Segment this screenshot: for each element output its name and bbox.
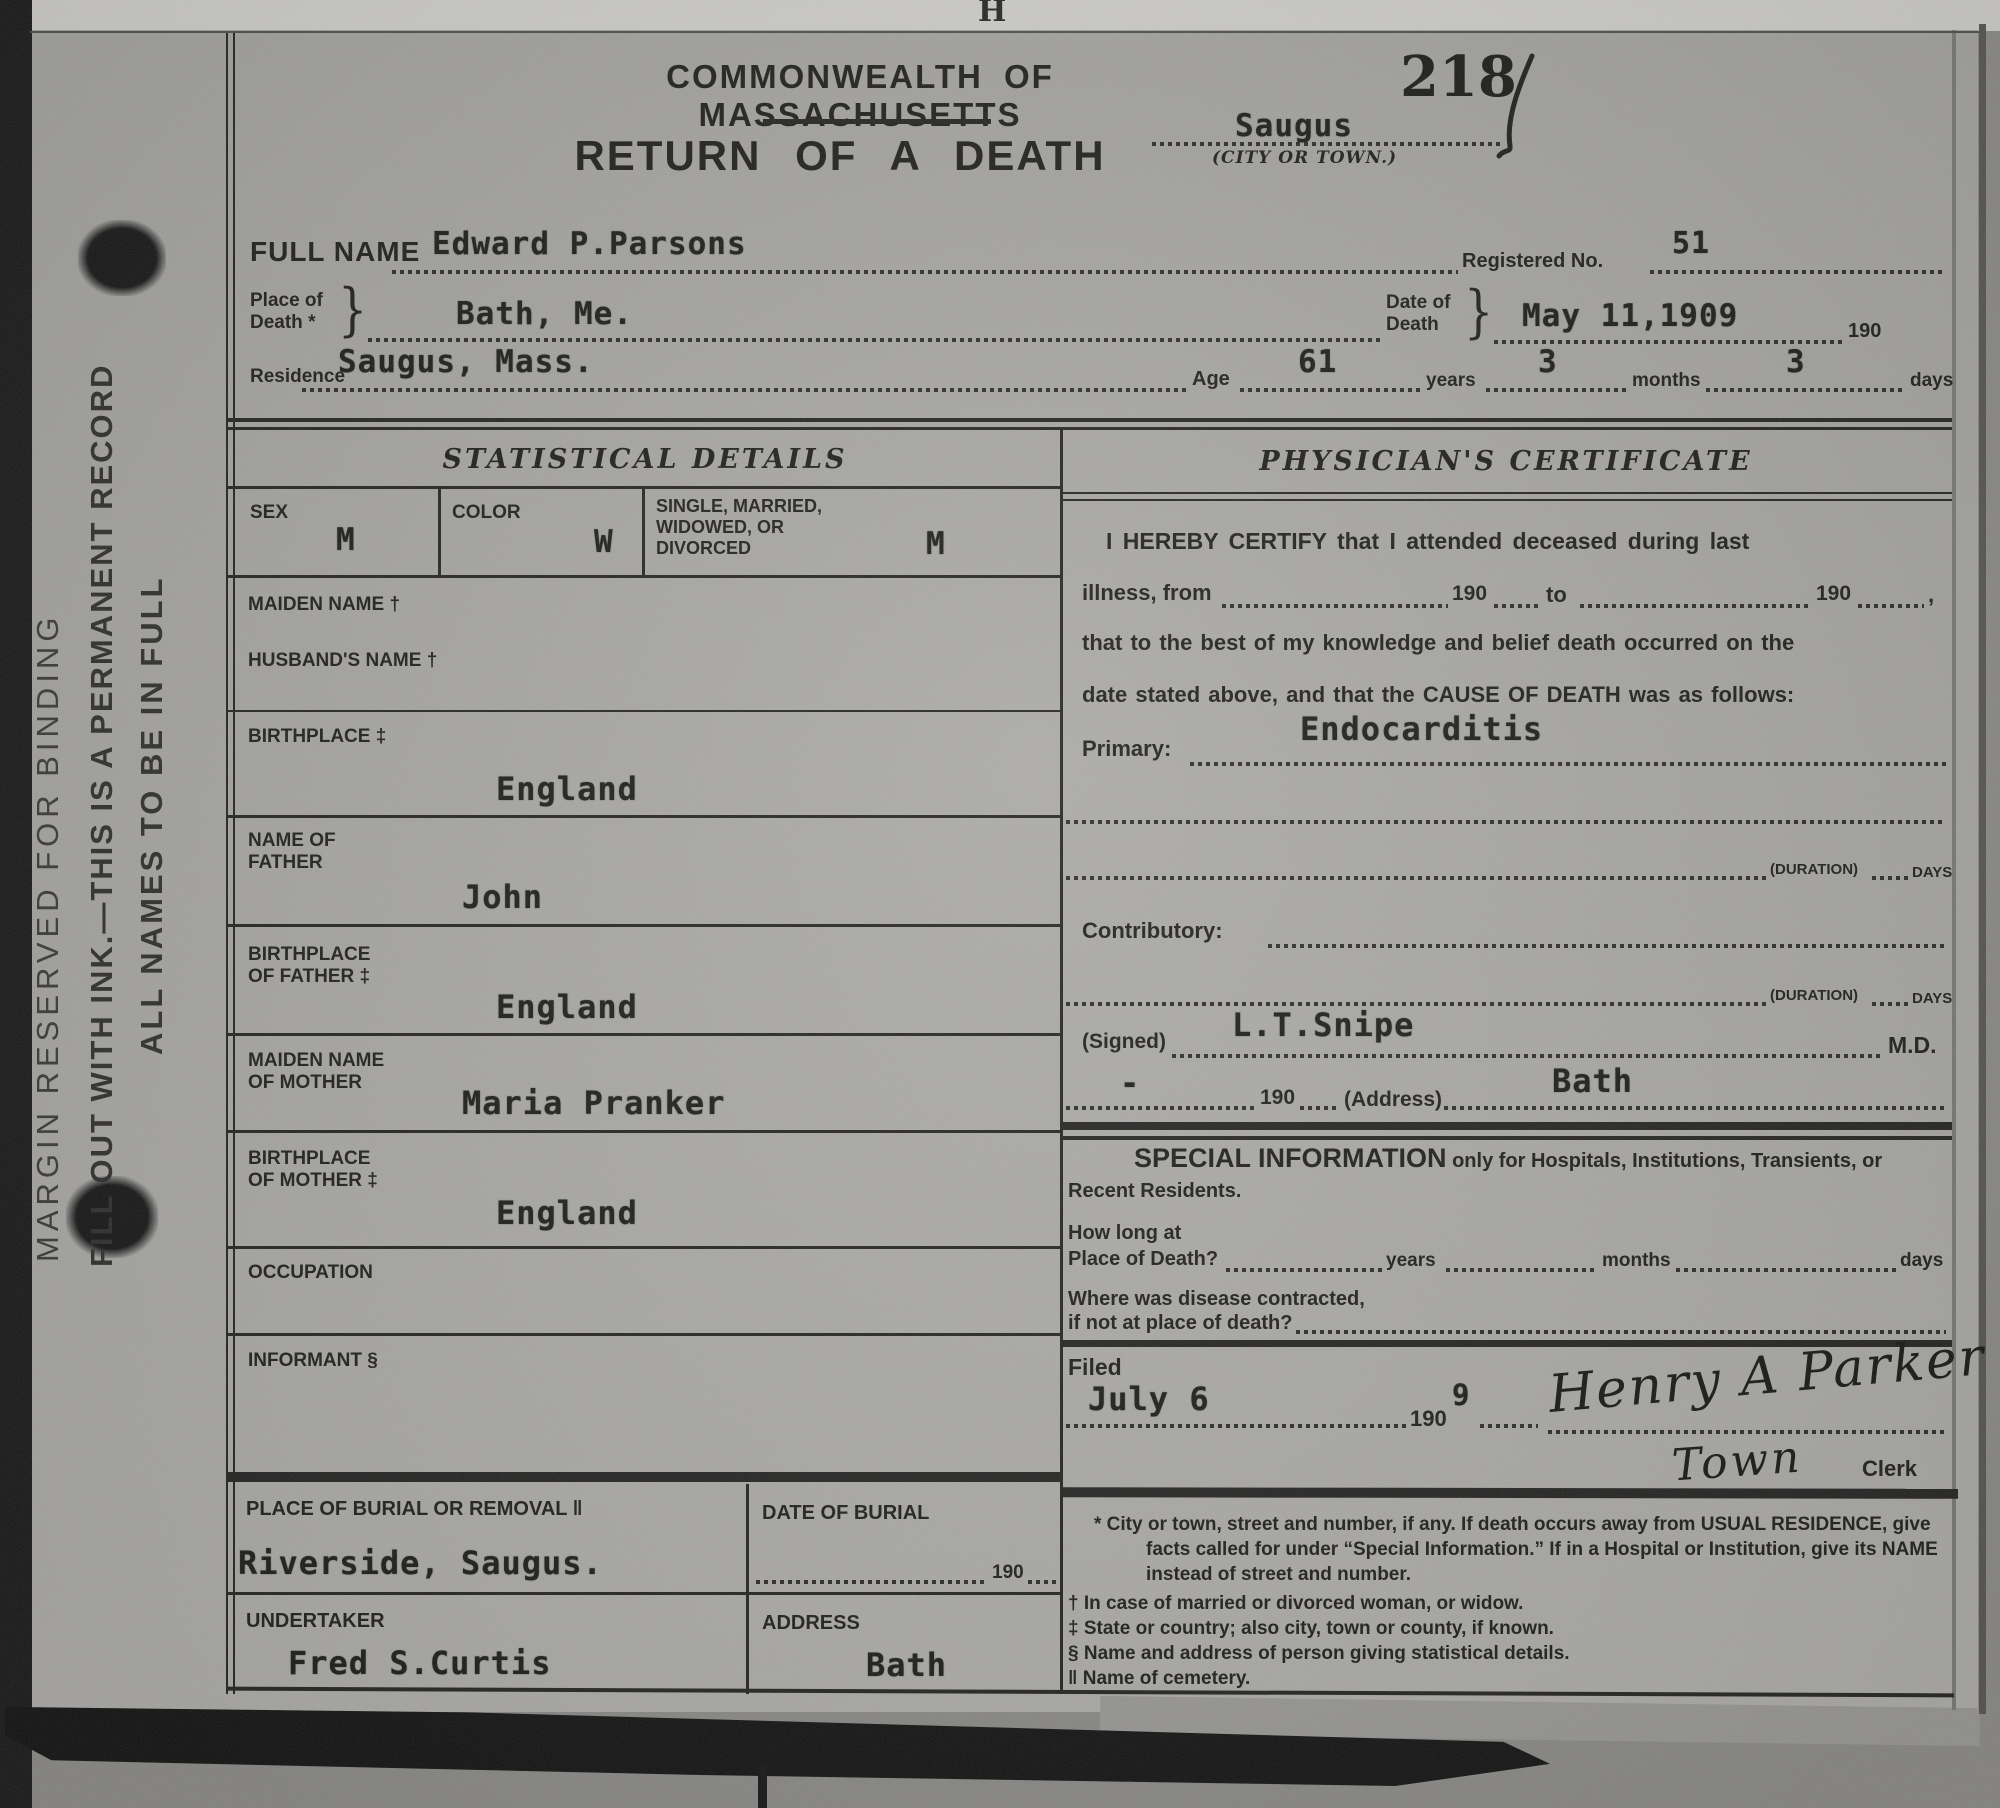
illness-dots <box>1494 604 1538 608</box>
primary-cause-value: Endocarditis <box>1300 710 1543 748</box>
duration-dots <box>1872 1002 1908 1006</box>
form-title: RETURN OF A DEATH <box>540 132 1140 180</box>
clerk-label: Clerk <box>1862 1456 1917 1481</box>
place-brace: } <box>338 275 367 343</box>
sex-label: SEX <box>250 502 288 524</box>
form-rule <box>228 1333 1062 1336</box>
sex-value: M <box>336 522 356 558</box>
howlong-dots <box>1226 1268 1382 1272</box>
residence-dotted-line <box>302 388 1188 392</box>
address-dots <box>1300 1106 1340 1110</box>
address-dots <box>1444 1106 1946 1110</box>
cause-dots <box>1066 820 1946 824</box>
burial-place-label: PLACE OF BURIAL OR REMOVAL ‖ <box>246 1498 583 1521</box>
cell-divider <box>438 489 441 575</box>
registered-no-label: Registered No. <box>1462 250 1603 273</box>
form-rule <box>228 924 1062 927</box>
husbands-name-label: HUSBAND'S NAME † <box>248 650 437 672</box>
thick-rule <box>1060 1136 1952 1140</box>
occupation-label: OCCUPATION <box>248 1262 373 1284</box>
page-right-edge <box>1952 30 1956 1710</box>
age-days-value: 3 <box>1786 344 1806 380</box>
signed-label: (Signed) <box>1082 1030 1166 1054</box>
father-birthplace-value: England <box>496 988 638 1026</box>
filed-dots <box>1066 1424 1408 1428</box>
date-of-death-value: May 11,1909 <box>1522 298 1738 334</box>
duration-dots <box>1066 876 1766 880</box>
column-divider <box>1060 430 1063 1694</box>
primary-cause-label: Primary: <box>1082 736 1171 761</box>
place-of-death-value: Bath, Me. <box>456 296 633 332</box>
color-label: COLOR <box>452 502 521 524</box>
residence-label: Residence <box>250 366 345 388</box>
form-rule <box>228 1246 1062 1249</box>
date-brace: } <box>1464 277 1493 345</box>
age-dots <box>1486 388 1628 392</box>
footnote-parallel: ‖ Name of cemetery. <box>1068 1666 1956 1691</box>
full-name-value: Edward P.Parsons <box>432 226 747 262</box>
physicians-certificate-title: PHYSICIAN'S CERTIFICATE <box>1062 446 1950 477</box>
typed-dash: - <box>1120 1064 1140 1102</box>
thick-rule <box>1060 1487 1958 1499</box>
birthplace-label: BIRTHPLACE ‡ <box>248 726 386 748</box>
address-label: (Address) <box>1344 1088 1442 1112</box>
form-rule <box>228 1033 1062 1036</box>
thick-rule <box>228 1472 1062 1482</box>
address-dots <box>1066 1106 1256 1110</box>
full-name-dotted-line <box>392 270 1458 274</box>
form-rule <box>228 710 1062 712</box>
age-months-value: 3 <box>1538 344 1558 380</box>
form-border-line <box>233 33 235 1694</box>
thick-rule <box>1060 1122 1952 1130</box>
years-label: years <box>1426 370 1476 392</box>
form-rule <box>228 1592 1062 1595</box>
place-dotted-line <box>368 338 1380 342</box>
footnote-double-dagger: ‡ State or country; also city, town or c… <box>1068 1616 1956 1641</box>
father-name-value: John <box>462 878 543 916</box>
mother-birthplace-label: BIRTHPLACE OF MOTHER ‡ <box>248 1148 378 1192</box>
undertaker-value: Fred S.Curtis <box>288 1644 551 1682</box>
marital-status-value: M <box>926 526 946 562</box>
binding-edge <box>0 0 32 1808</box>
color-value: W <box>594 524 614 560</box>
father-birthplace-label: BIRTHPLACE OF FATHER ‡ <box>248 944 370 988</box>
primary-dots <box>1190 762 1946 766</box>
form-rule <box>228 1130 1062 1133</box>
undertaker-label: UNDERTAKER <box>246 1610 385 1633</box>
duration-dots <box>1066 1002 1766 1006</box>
city-value: Saugus <box>1235 108 1353 144</box>
maiden-name-label: MAIDEN NAME † <box>248 594 400 616</box>
filed-year-typed: 9 <box>1452 1378 1470 1412</box>
double-rule <box>228 418 1952 422</box>
contributory-label: Contributory: <box>1082 918 1223 943</box>
illness-to: to <box>1546 582 1567 607</box>
months-label: months <box>1632 370 1701 392</box>
margin-binding-text: MARGIN RESERVED FOR BINDING <box>30 345 66 1530</box>
mother-maiden-value: Maria Pranker <box>462 1084 725 1122</box>
undertaker-address-label: ADDRESS <box>762 1612 860 1635</box>
residence-value: Saugus, Mass. <box>338 344 594 380</box>
signed-dots <box>1172 1054 1884 1058</box>
certify-line2-pre: illness, from <box>1082 580 1212 605</box>
age-label: Age <box>1192 368 1230 391</box>
contributory-dots <box>1268 944 1946 948</box>
duration-label: (DURATION) <box>1770 861 1858 878</box>
date-190-suffix: 190 <box>1848 320 1881 343</box>
how-long-label-2: Place of Death? <box>1068 1248 1218 1271</box>
how-long-label-1: How long at <box>1068 1222 1181 1245</box>
registered-no-value: 51 <box>1672 226 1710 261</box>
burial-date-dots <box>756 1580 986 1584</box>
howlong-dots <box>1676 1268 1896 1272</box>
footnotes: * City or town, street and number, if an… <box>1068 1512 1956 1691</box>
footnote-asterisk: * City or town, street and number, if an… <box>1068 1512 1956 1587</box>
where-contracted-label-2: if not at place of death? <box>1068 1312 1292 1335</box>
birthplace-value: England <box>496 770 638 808</box>
duration-label: (DURATION) <box>1770 987 1858 1004</box>
stray-ink-mark: H <box>978 0 1006 29</box>
special-information-title: SPECIAL INFORMATION only for Hospitals, … <box>1068 1146 1948 1208</box>
duration-dots <box>1872 876 1908 880</box>
registered-dotted-line <box>1650 270 1946 274</box>
clerk-title-handwritten: Town <box>1670 1432 1804 1492</box>
howlong-dots <box>1446 1268 1598 1272</box>
double-rule <box>1062 492 1952 494</box>
duration-days-label: DAYS <box>1912 864 1952 881</box>
howlong-months-label: months <box>1602 1250 1671 1272</box>
margin-ink-text: FILL OUT WITH INK.—THIS IS A PERMANENT R… <box>84 115 126 1515</box>
form-border-line <box>226 33 228 1694</box>
filed-label: Filed <box>1068 1354 1122 1380</box>
double-rule <box>228 427 1952 430</box>
certify-line4: date stated above, and that the CAUSE OF… <box>1082 682 1794 707</box>
double-rule <box>1062 499 1952 501</box>
burial-date-190: 190 <box>992 1562 1024 1584</box>
illness-comma: , <box>1928 582 1934 607</box>
burial-date-label: DATE OF BURIAL <box>762 1502 929 1525</box>
statistical-details-title: STATISTICAL DETAILS <box>228 444 1062 475</box>
cell-divider <box>642 489 645 575</box>
signature-dots <box>1548 1430 1944 1434</box>
where-dots <box>1296 1330 1946 1334</box>
filed-date-value: July 6 <box>1088 1380 1210 1418</box>
duration-days-label: DAYS <box>1912 990 1952 1007</box>
age-dots <box>1706 388 1906 392</box>
illness-from-dots <box>1222 604 1448 608</box>
city-dotted-line <box>1152 142 1502 146</box>
next-page-edge <box>1979 24 1986 1714</box>
illness-to-dots <box>1580 604 1812 608</box>
date-of-death-label: Date of Death <box>1386 292 1450 336</box>
address-190: 190 <box>1260 1086 1295 1110</box>
certify-line1: I HEREBY CERTIFY that I attended decease… <box>1106 528 1749 554</box>
city-caption: (CITY OR TOWN.) <box>1212 148 1397 168</box>
undertaker-address-value: Bath <box>866 1646 947 1684</box>
mother-birthplace-value: England <box>496 1194 638 1232</box>
howlong-days-label: days <box>1900 1250 1943 1272</box>
md-label: M.D. <box>1888 1032 1937 1058</box>
illness-dots <box>1858 604 1924 608</box>
days-label: days <box>1910 370 1953 392</box>
father-name-label: NAME OF FATHER <box>248 830 336 874</box>
form-rule <box>228 486 1062 489</box>
footnote-section: § Name and address of person giving stat… <box>1068 1641 1956 1666</box>
physician-signature-value: L.T.Snipe <box>1232 1006 1414 1044</box>
paper-top-edge <box>30 31 1980 33</box>
mother-maiden-label: MAIDEN NAME OF MOTHER <box>248 1050 384 1094</box>
scanned-death-certificate: H MARGIN RESERVED FOR BINDING FILL OUT W… <box>0 0 2000 1808</box>
heading-underline <box>763 119 991 124</box>
burial-cell-divider <box>746 1484 749 1694</box>
filed-190-printed: 190 <box>1410 1406 1447 1431</box>
illness-190a: 190 <box>1452 582 1487 606</box>
scan-shadow-mark <box>758 1764 767 1808</box>
physician-address-value: Bath <box>1552 1062 1633 1100</box>
full-name-label: FULL NAME <box>250 236 420 268</box>
informant-label: INFORMANT § <box>248 1350 378 1372</box>
form-rule <box>228 575 1062 578</box>
place-of-death-label: Place of Death * <box>250 290 323 334</box>
handwritten-checkmark <box>1492 52 1544 164</box>
age-dots <box>1240 388 1422 392</box>
howlong-years-label: years <box>1386 1250 1436 1272</box>
where-contracted-label-1: Where was disease contracted, <box>1068 1288 1365 1311</box>
burial-place-value: Riverside, Saugus. <box>238 1544 603 1582</box>
margin-names-text: ALL NAMES TO BE IN FULL <box>134 445 176 1185</box>
form-rule <box>228 815 1062 818</box>
footnote-dagger: † In case of married or divorced woman, … <box>1068 1591 1956 1616</box>
marital-status-label: SINGLE, MARRIED, WIDOWED, OR DIVORCED <box>656 496 822 559</box>
certify-line3: that to the best of my knowledge and bel… <box>1082 630 1794 655</box>
special-title-strong: SPECIAL INFORMATION <box>1134 1143 1447 1173</box>
filed-dots <box>1480 1424 1538 1428</box>
age-years-value: 61 <box>1298 344 1337 380</box>
illness-190b: 190 <box>1816 582 1851 606</box>
burial-date-dots <box>1028 1580 1058 1584</box>
